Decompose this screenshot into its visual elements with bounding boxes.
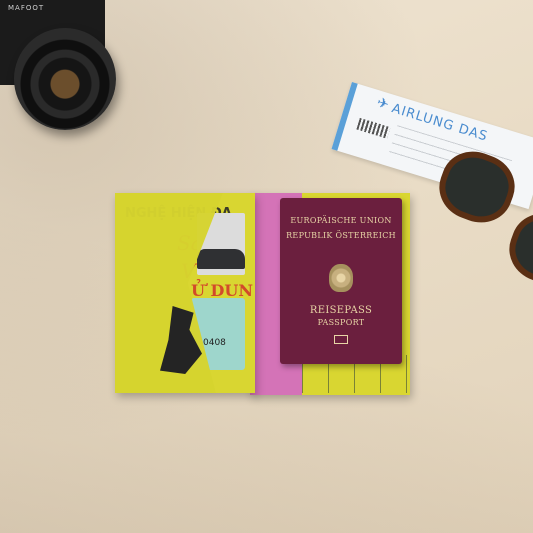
passport-title: REISEPASS [280,305,402,316]
barcode [356,118,390,139]
camera-lens [14,28,116,130]
camera-brand: MAFOOT [8,4,44,12]
airplane-icon: ✈ [375,95,391,114]
sunglasses-lens [431,142,524,231]
car-image [197,249,245,269]
coat-of-arms-icon [329,264,353,292]
biometric-chip-icon [334,335,348,344]
sunglasses [440,145,533,275]
passport-line1: EUROPÄISCHE UNION [280,216,402,225]
passport: EUROPÄISCHE UNION REPUBLIK ÖSTERREICH RE… [280,198,402,364]
passport-subtitle: PASSPORT [280,318,402,327]
passport-line2: REPUBLIK ÖSTERREICH [280,231,402,240]
card-number: 0408 [203,338,226,348]
